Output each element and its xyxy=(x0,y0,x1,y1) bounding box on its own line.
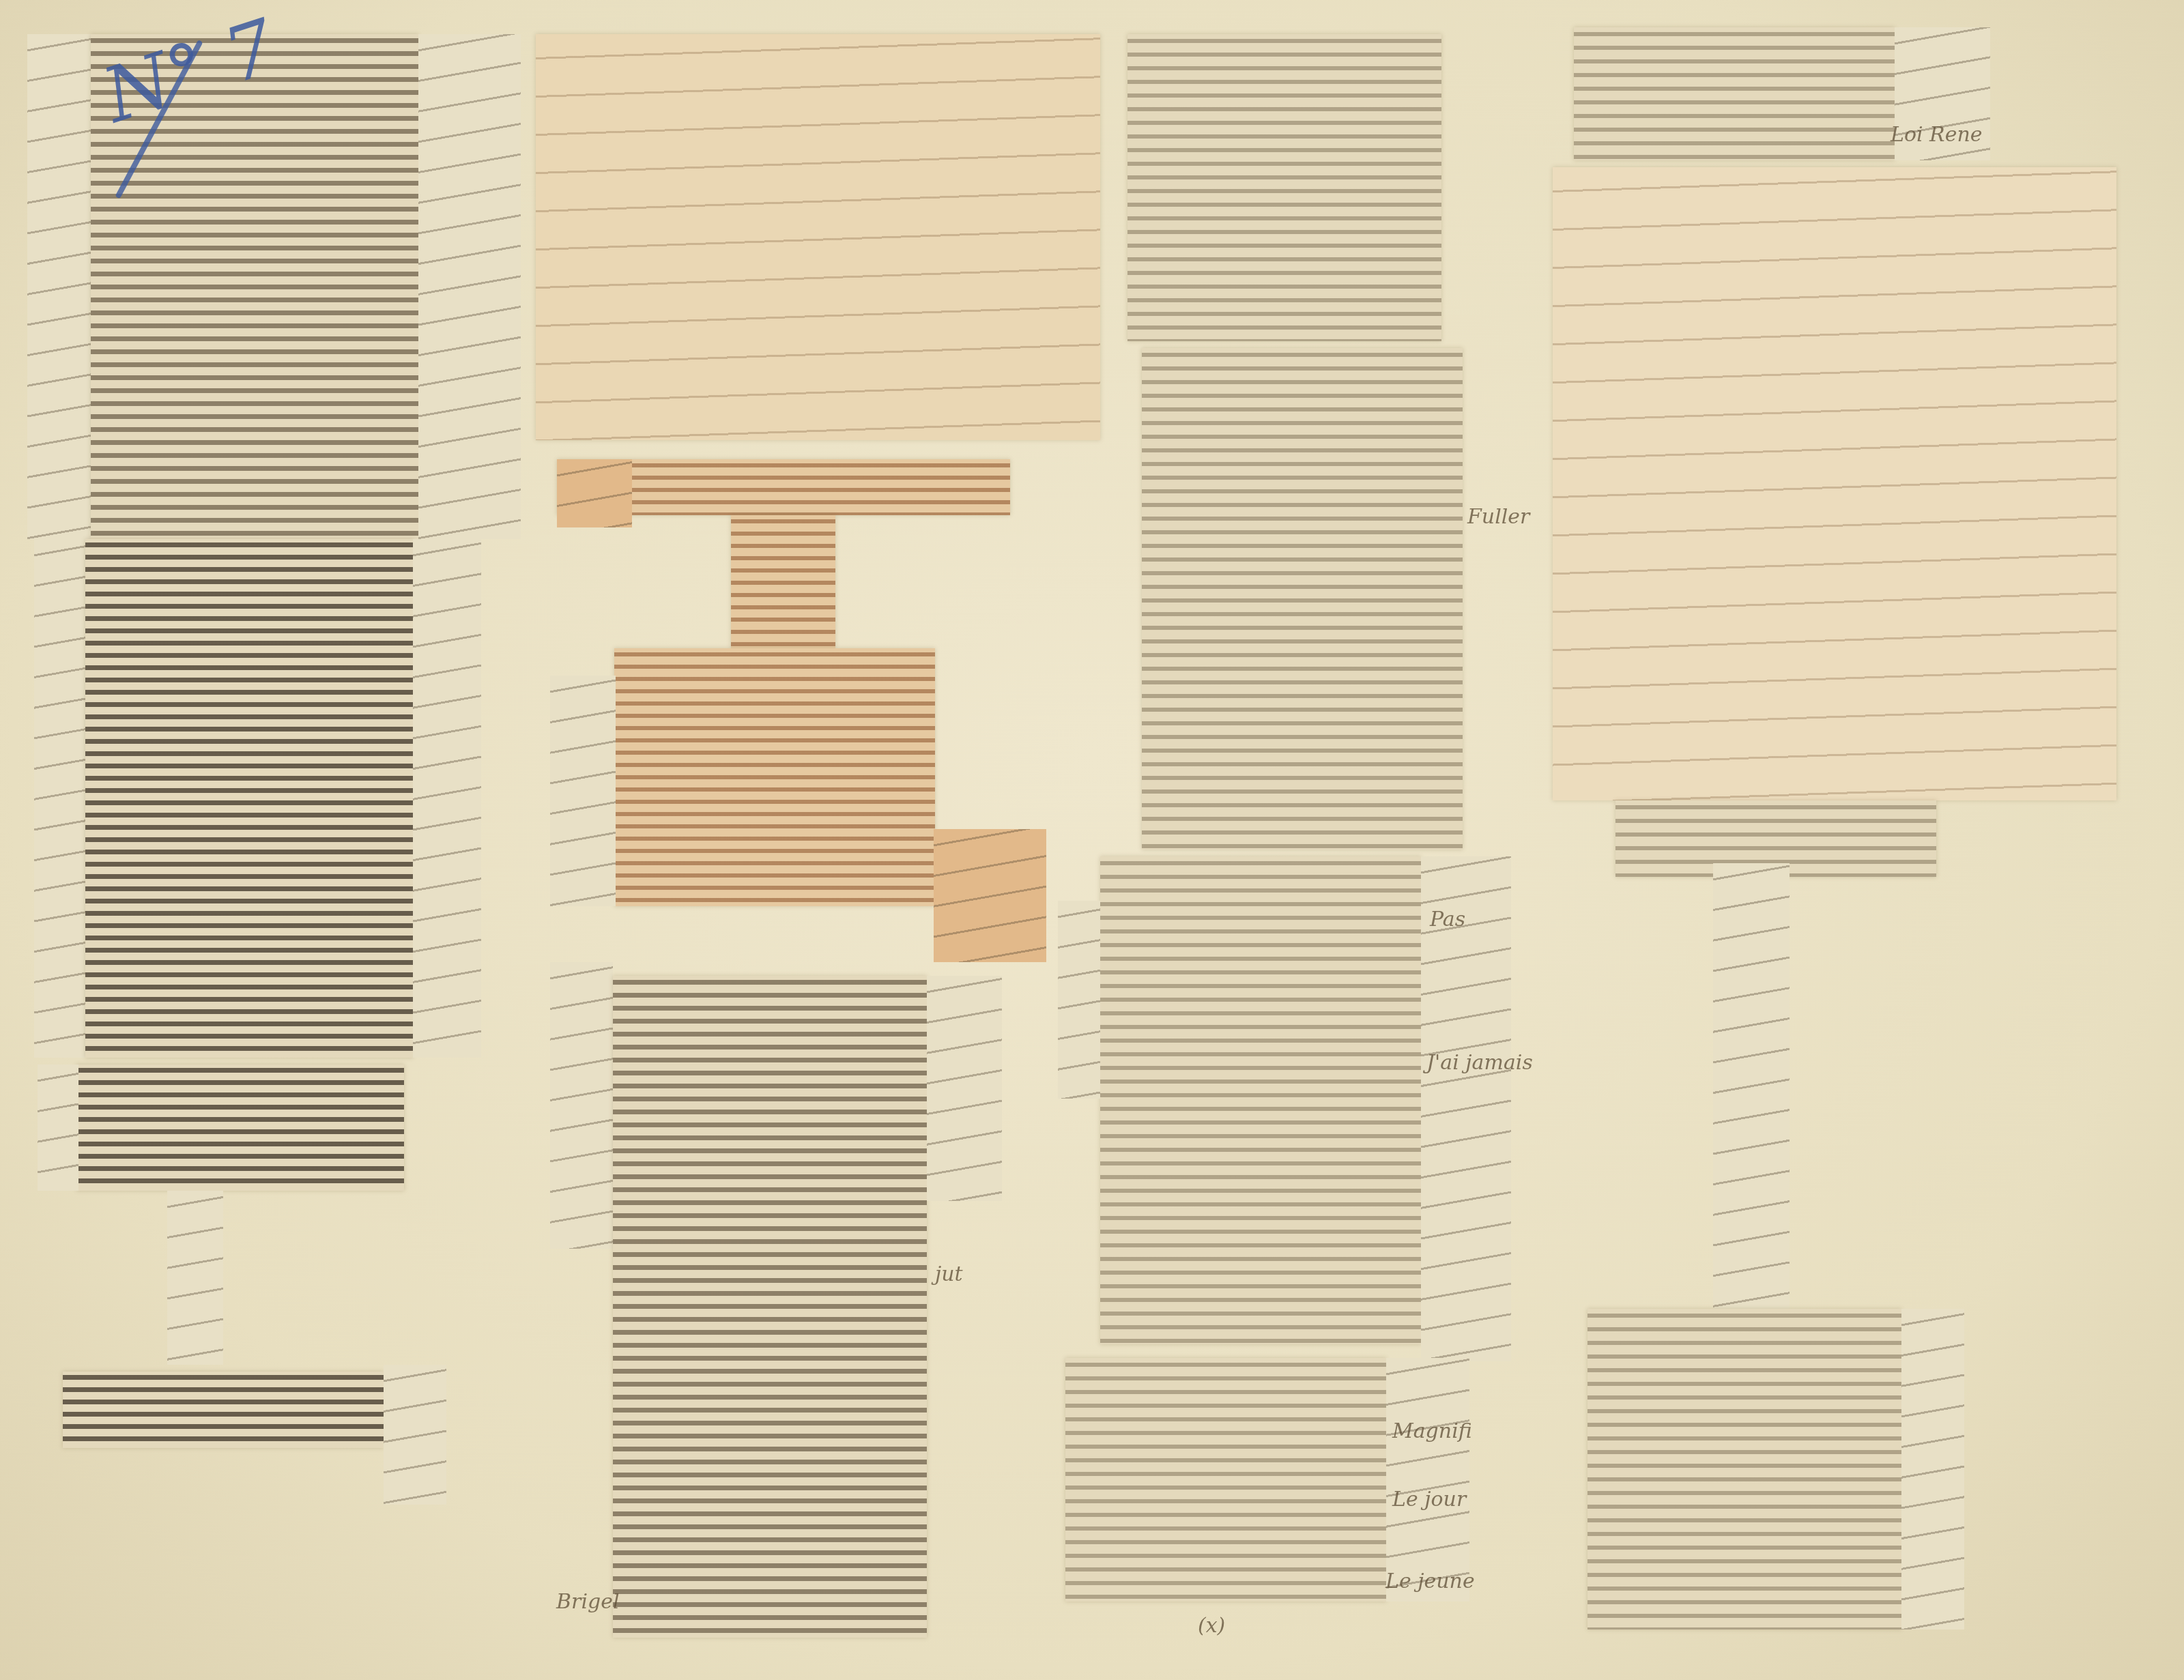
margin-note: Brigel xyxy=(556,1590,620,1614)
right-column-handwritten-sheet: right-column-handwritten-sheet xyxy=(1553,167,2116,800)
margin-note: J'ai jamais xyxy=(1426,1051,1533,1075)
margin-note: Pas xyxy=(1430,908,1465,931)
center-orange-stem xyxy=(731,515,835,648)
margin-note: Magnifi xyxy=(1392,1419,1472,1443)
third-lower-margin-right xyxy=(1421,856,1511,1361)
center-orange-note-slip xyxy=(934,829,1046,962)
left-top-margin-left xyxy=(27,34,92,539)
third-column-mid-proof: third-column-mid-proof xyxy=(1142,348,1463,850)
left-column-bottom-proof: left-column-bottom-proof xyxy=(76,1065,404,1191)
third-bottom-margin-right xyxy=(1386,1358,1469,1602)
left-narrow-strip: left-narrow-strip xyxy=(167,1191,223,1365)
center-orange-margin-left xyxy=(550,676,616,906)
center-orange-corner xyxy=(557,459,632,527)
center-column-proof: center-column-proof xyxy=(613,976,927,1638)
left-bottom-margin xyxy=(38,1065,78,1191)
third-column-bottom-proof: third-column-bottom-proof xyxy=(1065,1358,1386,1602)
right-column-bottom-proof: right-column-bottom-proof xyxy=(1587,1309,1901,1630)
third-column-top-proof: third-column-top-proof xyxy=(1127,34,1441,341)
left-top-margin-right xyxy=(418,34,521,539)
left-column-mid-proof: left-column-mid-proof xyxy=(85,539,413,1058)
margin-note: Le jeune xyxy=(1385,1569,1475,1593)
third-lower-margin-left xyxy=(1058,901,1100,1099)
left-mid-margin-right xyxy=(413,539,481,1058)
right-bottom-margin-right xyxy=(1901,1309,1964,1630)
center-proof-margin-right xyxy=(927,976,1002,1201)
margin-note: jut xyxy=(935,1262,963,1286)
margin-note: Fuller xyxy=(1467,505,1529,529)
margin-note: Le jour xyxy=(1392,1488,1466,1511)
center-top-handwritten-sheet: center-top-handwritten-sheet xyxy=(536,34,1100,440)
margin-note: (x) xyxy=(1198,1614,1225,1638)
left-mid-margin-left xyxy=(34,539,89,1058)
left-bottom-wide-strip: left-bottom-wide-strip xyxy=(63,1372,384,1448)
center-proof-margin-left xyxy=(550,962,613,1249)
center-orange-t-fragment: center-orange-t-fragment xyxy=(614,648,935,906)
backing-board: left-column-top-proof N° 7 left-column-m… xyxy=(0,0,2184,1680)
margin-note: Loi Rene xyxy=(1891,123,1983,147)
third-column-lower-proof: third-column-lower-proof xyxy=(1100,856,1421,1344)
left-bottom-note-slip xyxy=(384,1365,446,1505)
right-column-vertical-strip: right-column-vertical-strip xyxy=(1713,863,1790,1310)
right-column-top-proof: right-column-top-proof xyxy=(1574,27,1895,160)
